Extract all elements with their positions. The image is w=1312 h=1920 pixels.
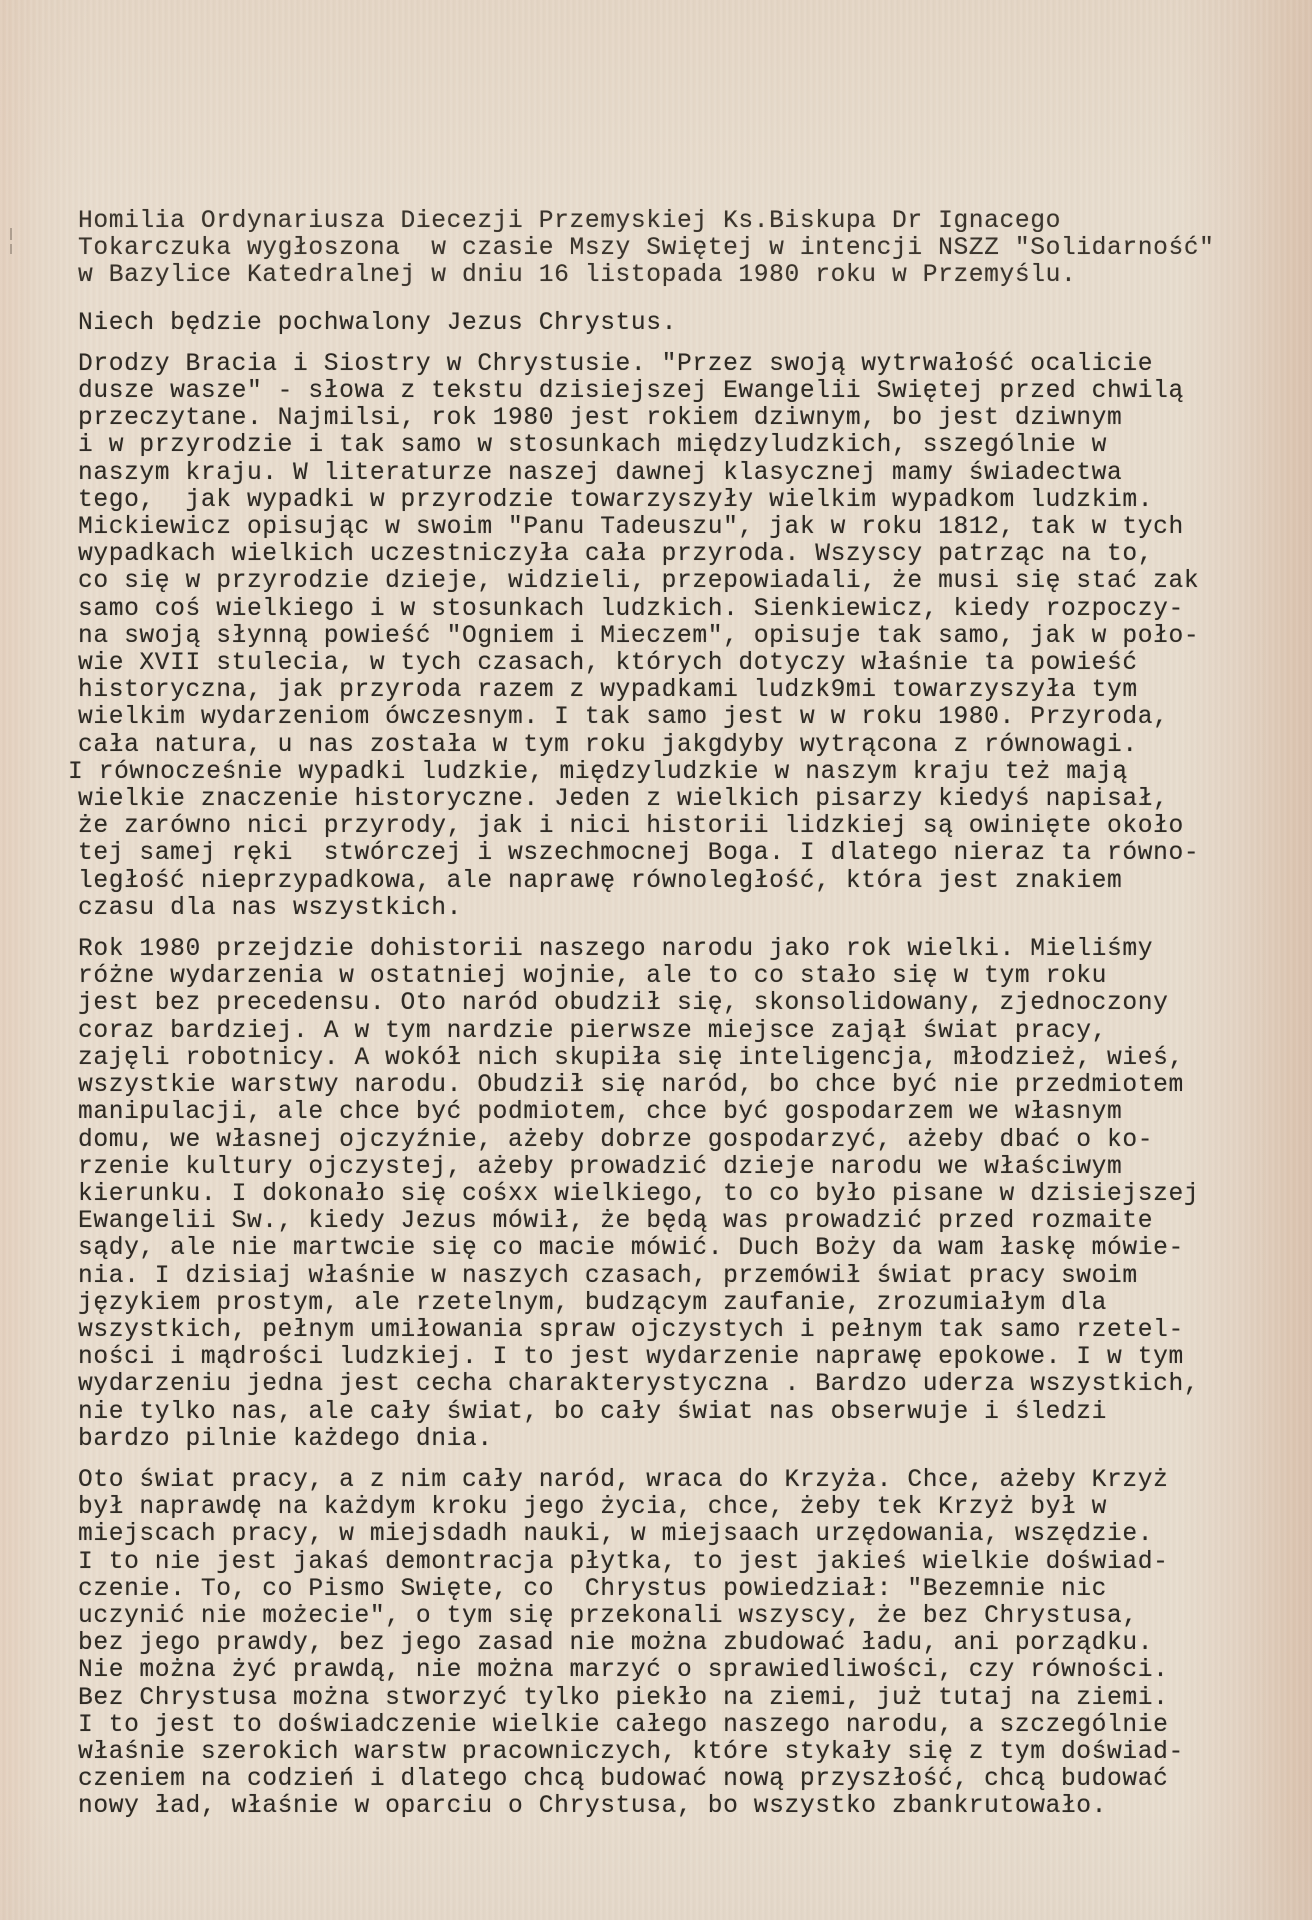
text-line: był naprawdę na każdym kroku jego życia,…: [78, 1494, 1278, 1521]
text-line: wydarzeniu jedna jest cecha charakteryst…: [78, 1371, 1278, 1398]
text-line: ności i mądrości ludzkiej. I to jest wyd…: [78, 1344, 1278, 1371]
text-line: jest bez precedensu. Oto naród obudził s…: [78, 990, 1278, 1017]
text-line: kierunku. I dokonało się cośxx wielkiego…: [78, 1181, 1278, 1208]
text-line: różne wydarzenia w ostatniej wojnie, ale…: [78, 963, 1278, 990]
text-line: rzenie kultury ojczystej, ażeby prowadzi…: [78, 1154, 1278, 1181]
text-line: Oto świat pracy, a z nim cały naród, wra…: [78, 1467, 1278, 1494]
text-line: manipulacji, ale chce być podmiotem, chc…: [78, 1099, 1278, 1126]
text-line: wypadkach wielkich uczestniczyła cała pr…: [78, 541, 1278, 568]
text-line: Mickiewicz opisując w swoim "Panu Tadeus…: [78, 514, 1278, 541]
text-line: sądy, ale nie martwcie się co macie mówi…: [78, 1235, 1278, 1262]
text-line: wszystkich, pełnym umiłowania spraw ojcz…: [78, 1317, 1278, 1344]
text-line: coraz bardziej. A w tym nardzie pierwsze…: [78, 1018, 1278, 1045]
text-line: Nie można żyć prawdą, nie można marzyć o…: [78, 1657, 1278, 1684]
margin-mark: [10, 244, 12, 254]
text-line: wszystkie warstwy narodu. Obudził się na…: [78, 1072, 1278, 1099]
text-line: że zarówno nici przyrody, jak i nici his…: [78, 813, 1278, 840]
text-line: dusze wasze" - słowa z tekstu dzisiejsze…: [78, 378, 1278, 405]
text-line: I to nie jest jakaś demontracja płytka, …: [78, 1549, 1278, 1576]
text-line: Drodzy Bracia i Siostry w Chrystusie. "P…: [78, 351, 1278, 378]
text-line: samo coś wielkiego i w stosunkach ludzki…: [78, 596, 1278, 623]
text-line: czasu dla nas wszystkich.: [78, 895, 1278, 922]
text-line: właśnie szerokich warstw pracowniczych, …: [78, 1739, 1278, 1766]
text-line: historyczna, jak przyroda razem z wypadk…: [78, 677, 1278, 704]
text-line: zajęli robotnicy. A wokół nich skupiła s…: [78, 1045, 1278, 1072]
text-line: co się w przyrodzie dzieje, widzieli, pr…: [78, 568, 1278, 595]
heading-line: w Bazylice Katedralnej w dniu 16 listopa…: [78, 262, 1278, 289]
text-line: I to jest to doświadczenie wielkie całeg…: [78, 1712, 1278, 1739]
document-heading: Homilia Ordynariusza Diecezji Przemyskie…: [78, 208, 1278, 290]
text-line: tej samej ręki stwórczej i wszechmocnej …: [78, 840, 1278, 867]
text-line: cała natura, u nas została w tym roku ja…: [78, 732, 1278, 759]
text-line: nia. I dzisiaj właśnie w naszych czasach…: [78, 1263, 1278, 1290]
text-line: wie XVII stulecia, w tych czasach, który…: [78, 650, 1278, 677]
text-line: ległość nieprzypadkowa, ale naprawę równ…: [78, 868, 1278, 895]
text-line: czenie. To, co Pismo Swięte, co Chrystus…: [78, 1576, 1278, 1603]
paragraph-2: Rok 1980 przejdzie dohistorii naszego na…: [78, 936, 1278, 1453]
text-line: bardzo pilnie każdego dnia.: [78, 1426, 1278, 1453]
text-line: miejscach pracy, w miejsdadh nauki, w mi…: [78, 1521, 1278, 1548]
greeting: Niech będzie pochwalony Jezus Chrystus.: [78, 310, 1278, 337]
heading-line: Homilia Ordynariusza Diecezji Przemyskie…: [78, 208, 1278, 235]
text-line: językiem prostym, ale rzetelnym, budzący…: [78, 1290, 1278, 1317]
text-line: na swoją słynną powieść "Ogniem i Miecze…: [78, 623, 1278, 650]
text-line: domu, we własnej ojczyźnie, ażeby dobrze…: [78, 1127, 1278, 1154]
text-line: I równocześnie wypadki ludzkie, międzylu…: [68, 759, 1278, 786]
text-line: nowy ład, właśnie w oparciu o Chrystusa,…: [78, 1793, 1278, 1820]
text-line: bez jego prawdy, bez jego zasad nie możn…: [78, 1630, 1278, 1657]
text-line: i w przyrodzie i tak samo w stosunkach m…: [78, 432, 1278, 459]
text-line: wielkim wydarzeniom ówczesnym. I tak sam…: [78, 704, 1278, 731]
text-line: tego, jak wypadki w przyrodzie towarzysz…: [78, 487, 1278, 514]
text-line: Bez Chrystusa można stworzyć tylko piekł…: [78, 1685, 1278, 1712]
text-line: przeczytane. Najmilsi, rok 1980 jest rok…: [78, 405, 1278, 432]
paragraph-3: Oto świat pracy, a z nim cały naród, wra…: [78, 1467, 1278, 1821]
paragraph-1: Drodzy Bracia i Siostry w Chrystusie. "P…: [78, 351, 1278, 922]
greeting-line: Niech będzie pochwalony Jezus Chrystus.: [78, 310, 1278, 337]
text-line: Ewangelii Sw., kiedy Jezus mówił, że będ…: [78, 1208, 1278, 1235]
text-line: naszym kraju. W literaturze naszej dawne…: [78, 460, 1278, 487]
margin-mark: [10, 228, 12, 240]
heading-line: Tokarczuka wygłoszona w czasie Mszy Swię…: [78, 235, 1278, 262]
text-line: uczynić nie możecie", o tym się przekona…: [78, 1603, 1278, 1630]
typewritten-page: Homilia Ordynariusza Diecezji Przemyskie…: [78, 208, 1278, 1821]
text-line: czeniem na codzień i dlatego chcą budowa…: [78, 1766, 1278, 1793]
text-line: wielkie znaczenie historyczne. Jeden z w…: [78, 786, 1278, 813]
text-line: nie tylko nas, ale cały świat, bo cały ś…: [78, 1399, 1278, 1426]
text-line: Rok 1980 przejdzie dohistorii naszego na…: [78, 936, 1278, 963]
